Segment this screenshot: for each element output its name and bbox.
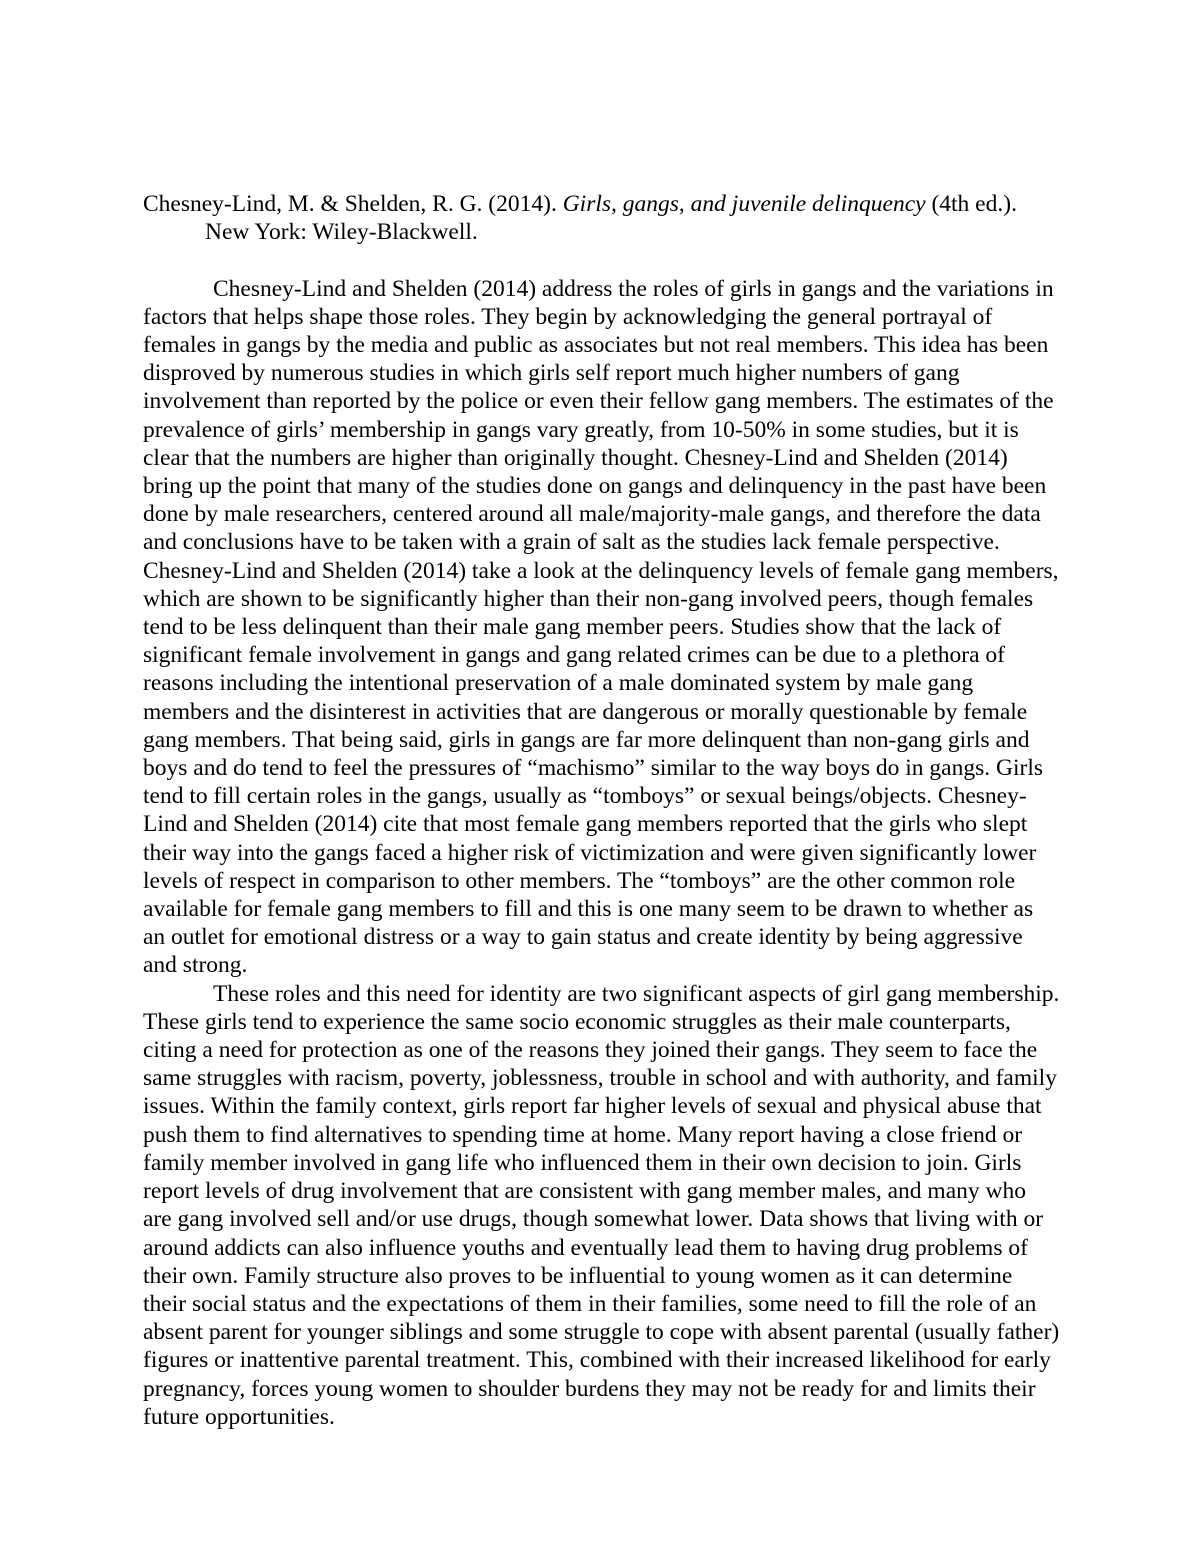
reference-citation: Chesney-Lind, M. & Shelden, R. G. (2014)… bbox=[143, 190, 1060, 246]
essay-paragraph-2: These roles and this need for identity a… bbox=[143, 980, 1060, 1431]
citation-title-italic: Girls, gangs, and juvenile delinquency bbox=[563, 191, 926, 217]
citation-edition: (4th ed.). bbox=[926, 191, 1017, 217]
citation-line-1: Chesney-Lind, M. & Shelden, R. G. (2014)… bbox=[143, 190, 1060, 218]
document-page: Chesney-Lind, M. & Shelden, R. G. (2014)… bbox=[0, 0, 1200, 1553]
essay-paragraph-1: Chesney-Lind and Shelden (2014) address … bbox=[143, 275, 1060, 980]
citation-authors-year: Chesney-Lind, M. & Shelden, R. G. (2014)… bbox=[143, 191, 563, 217]
citation-publisher-line: New York: Wiley-Blackwell. bbox=[143, 218, 1060, 246]
document-body: Chesney-Lind, M. & Shelden, R. G. (2014)… bbox=[143, 190, 1060, 1431]
